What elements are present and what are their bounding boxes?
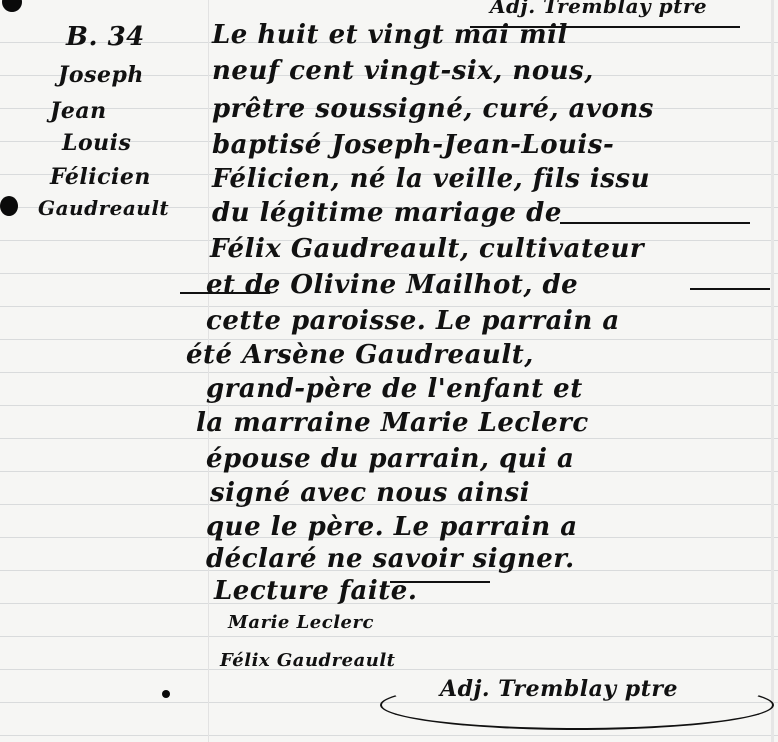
body-line-1: Le huit et vingt mai mil [212,20,568,50]
body-line-13: épouse du parrain, qui a [206,444,574,474]
signature-marie-leclerc: Marie Leclerc [228,612,374,633]
margin-name-4: Félicien [50,164,151,190]
body-line-11: grand-père de l'enfant et [206,374,583,404]
header-signature: Adj. Tremblay ptre [490,0,707,18]
body-line-15: que le père. Le parrain a [206,512,578,542]
body-line-7: Félix Gaudreault, cultivateur [210,234,644,264]
margin-name-1: Joseph [58,62,144,88]
body-line-12: la marraine Marie Leclerc [196,408,589,438]
margin-name-3: Louis [62,130,131,156]
page-edge [771,0,774,742]
pen-stroke [690,288,770,290]
body-line-3: prêtre soussigné, curé, avons [212,94,654,124]
body-line-16: déclaré ne savoir signer. [206,544,575,574]
body-line-4: baptisé Joseph-Jean-Louis- [212,130,614,160]
body-line-6: du légitime mariage de [212,198,562,228]
ink-spot [162,690,170,698]
signature-flourish [380,680,774,730]
pen-stroke [560,222,750,224]
margin-name-2: Jean [50,98,107,124]
body-line-5: Félicien, né la veille, fils issu [212,164,650,194]
pen-stroke [180,292,270,294]
body-line-8: et de Olivine Mailhot, de [206,270,578,300]
body-line-14: signé avec nous ainsi [210,478,530,508]
signature-felix-gaudreault: Félix Gaudreault [220,650,395,671]
body-line-10: été Arsène Gaudreault, [186,340,534,370]
register-page: Adj. Tremblay ptre B. 34 Joseph Jean Lou… [0,0,778,742]
binding-hole [0,196,18,216]
entry-number: B. 34 [66,22,145,52]
body-line-9: cette paroisse. Le parrain a [206,306,620,336]
body-line-2: neuf cent vingt-six, nous, [212,56,594,86]
margin-rule [208,0,209,742]
binding-hole [2,0,22,12]
body-line-17: Lecture faite. [214,576,417,606]
pen-stroke [390,581,490,583]
margin-name-5: Gaudreault [38,196,169,220]
